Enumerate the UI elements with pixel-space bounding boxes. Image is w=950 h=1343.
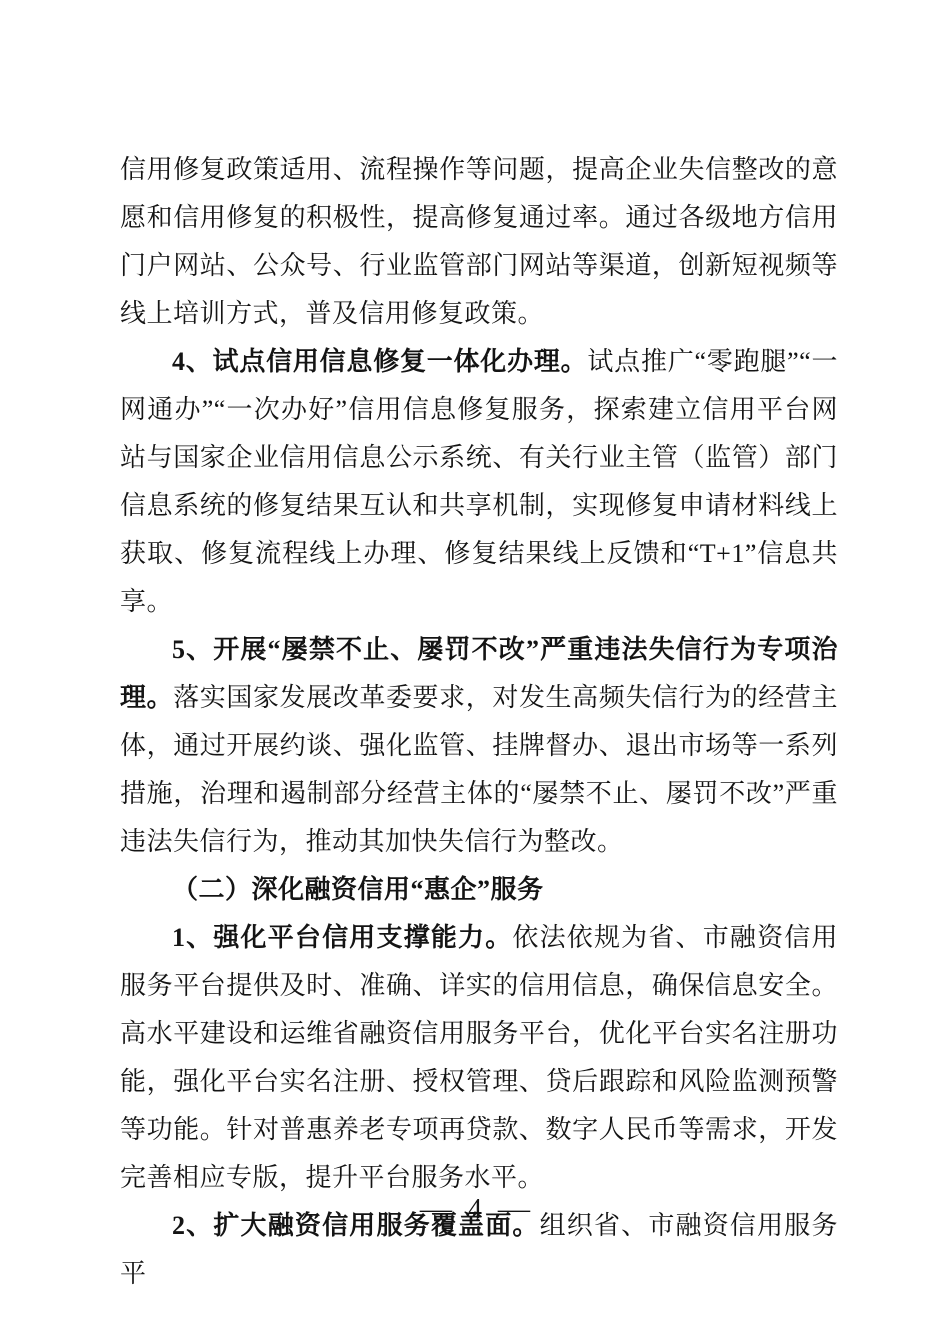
- item-1-lead-in: 1、强化平台信用支撑能力。: [172, 923, 512, 952]
- paragraph-item-5: 5、开展“屡禁不止、屡罚不改”严重违法失信行为专项治理。落实国家发展改革委要求，…: [120, 626, 838, 866]
- page-footer: —4—: [0, 1190, 950, 1230]
- section-heading-text: （二）深化融资信用“惠企”服务: [172, 875, 544, 904]
- document-page: 信用修复政策适用、流程操作等问题，提高企业失信整改的意愿和信用修复的积极性，提高…: [0, 0, 950, 1343]
- item-4-lead-in: 4、试点信用信息修复一体化办理。: [172, 347, 587, 376]
- paragraph-item-1: 1、强化平台信用支撑能力。依法依规为省、市融资信用服务平台提供及时、准确、详实的…: [120, 914, 838, 1202]
- paragraph-continuation: 信用修复政策适用、流程操作等问题，提高企业失信整改的意愿和信用修复的积极性，提高…: [120, 146, 838, 338]
- text-segment: 落实国家发展改革委要求，对发生高频失信行为的经营主体，通过开展约谈、强化监管、挂…: [120, 683, 838, 856]
- document-body: 信用修复政策适用、流程操作等问题，提高企业失信整改的意愿和信用修复的积极性，提高…: [120, 146, 838, 1298]
- text-segment: 试点推广“零跑腿”“一网通办”“一次办好”信用信息修复服务，探索建立信用平台网站…: [120, 347, 838, 616]
- section-heading-2: （二）深化融资信用“惠企”服务: [120, 866, 838, 914]
- text-segment: 依法依规为省、市融资信用服务平台提供及时、准确、详实的信用信息，确保信息安全。高…: [120, 923, 838, 1192]
- text-segment: 信用修复政策适用、流程操作等问题，提高企业失信整改的意愿和信用修复的积极性，提高…: [120, 155, 838, 328]
- paragraph-item-4: 4、试点信用信息修复一体化办理。试点推广“零跑腿”“一网通办”“一次办好”信用信…: [120, 338, 838, 626]
- footer-dash-right: —: [498, 1190, 530, 1230]
- footer-dash-left: —: [420, 1190, 452, 1230]
- page-number: 4: [468, 1190, 482, 1230]
